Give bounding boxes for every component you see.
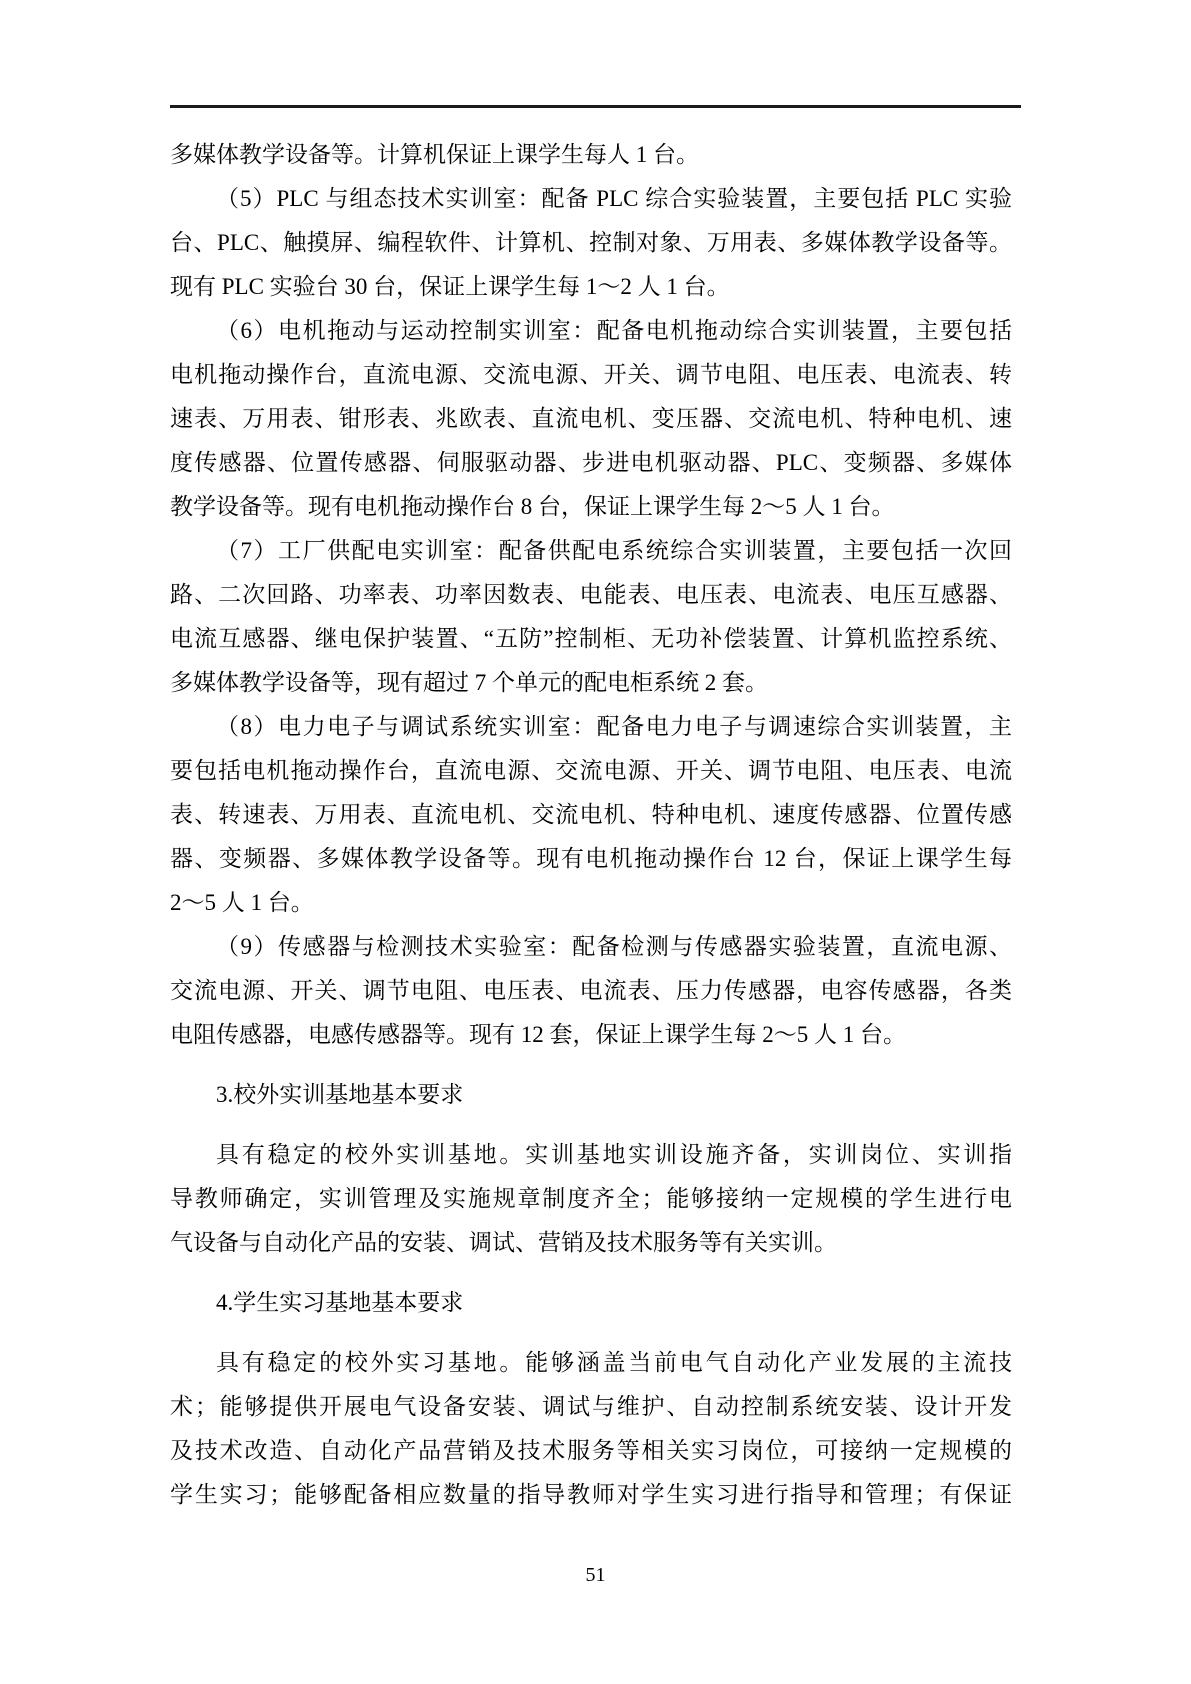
text-line: （9）传感器与检测技术实验室：配备检测与传感器实验装置，直流电源、 [170, 925, 1012, 969]
text-line: （7）工厂供配电实训室：配备供配电系统综合实训装置，主要包括一次回 [170, 529, 1012, 573]
text-line: 具有稳定的校外实训基地。实训基地实训设施齐备，实训岗位、实训指 [170, 1133, 1012, 1177]
text-line: （6）电机拖动与运动控制实训室：配备电机拖动综合实训装置，主要包括 [170, 309, 1012, 353]
text-line: 2～5 人 1 台。 [170, 881, 1012, 925]
text-line: 要包括电机拖动操作台，直流电源、交流电源、开关、调节电阻、电压表、电流 [170, 749, 1012, 793]
text-line: 教学设备等。现有电机拖动操作台 8 台，保证上课学生每 2～5 人 1 台。 [170, 485, 1012, 529]
text-line: 气设备与自动化产品的安装、调试、营销及技术服务等有关实训。 [170, 1221, 1012, 1265]
text-line: 电阻传感器，电感传感器等。现有 12 套，保证上课学生每 2～5 人 1 台。 [170, 1013, 1012, 1057]
section-heading-4: 4.学生实习基地基本要求 [170, 1281, 1012, 1325]
text-line: 学生实习；能够配备相应数量的指导教师对学生实习进行指导和管理；有保证 [170, 1473, 1012, 1517]
document-page: 多媒体教学设备等。计算机保证上课学生每人 1 台。 （5）PLC 与组态技术实训… [0, 0, 1191, 1684]
text-line: 交流电源、开关、调节电阻、电压表、电流表、压力传感器，电容传感器，各类 [170, 969, 1012, 1013]
text-line: （5）PLC 与组态技术实训室：配备 PLC 综合实验装置，主要包括 PLC 实… [170, 177, 1012, 221]
text-line: 度传感器、位置传感器、伺服驱动器、步进电机驱动器、PLC、变频器、多媒体 [170, 441, 1012, 485]
text-line: 多媒体教学设备等，现有超过 7 个单元的配电柜系统 2 套。 [170, 661, 1012, 705]
text-line: 器、变频器、多媒体教学设备等。现有电机拖动操作台 12 台，保证上课学生每 [170, 837, 1012, 881]
text-line: 电机拖动操作台，直流电源、交流电源、开关、调节电阻、电压表、电流表、转 [170, 353, 1012, 397]
text-line: 及技术改造、自动化产品营销及技术服务等相关实习岗位，可接纳一定规模的 [170, 1429, 1012, 1473]
text-line: 导教师确定，实训管理及实施规章制度齐全；能够接纳一定规模的学生进行电 [170, 1177, 1012, 1221]
page-number: 51 [0, 1563, 1191, 1587]
text-line: 台、PLC、触摸屏、编程软件、计算机、控制对象、万用表、多媒体教学设备等。 [170, 221, 1012, 265]
text-line: 路、二次回路、功率表、功率因数表、电能表、电压表、电流表、电压互感器、 [170, 573, 1012, 617]
document-body: 多媒体教学设备等。计算机保证上课学生每人 1 台。 （5）PLC 与组态技术实训… [170, 133, 1012, 1517]
text-line: 电流互感器、继电保护装置、“五防”控制柜、无功补偿装置、计算机监控系统、 [170, 617, 1012, 661]
text-line: 具有稳定的校外实习基地。能够涵盖当前电气自动化产业发展的主流技 [170, 1341, 1012, 1385]
text-line: 现有 PLC 实验台 30 台，保证上课学生每 1～2 人 1 台。 [170, 265, 1012, 309]
section-heading-3: 3.校外实训基地基本要求 [170, 1073, 1012, 1117]
text-line: 表、转速表、万用表、直流电机、交流电机、特种电机、速度传感器、位置传感 [170, 793, 1012, 837]
text-line: 速表、万用表、钳形表、兆欧表、直流电机、变压器、交流电机、特种电机、速 [170, 397, 1012, 441]
text-line: 多媒体教学设备等。计算机保证上课学生每人 1 台。 [170, 133, 1012, 177]
text-line: （8）电力电子与调试系统实训室：配备电力电子与调速综合实训装置，主 [170, 705, 1012, 749]
text-line: 术；能够提供开展电气设备安装、调试与维护、自动控制系统安装、设计开发 [170, 1385, 1012, 1429]
header-rule [170, 105, 1021, 108]
